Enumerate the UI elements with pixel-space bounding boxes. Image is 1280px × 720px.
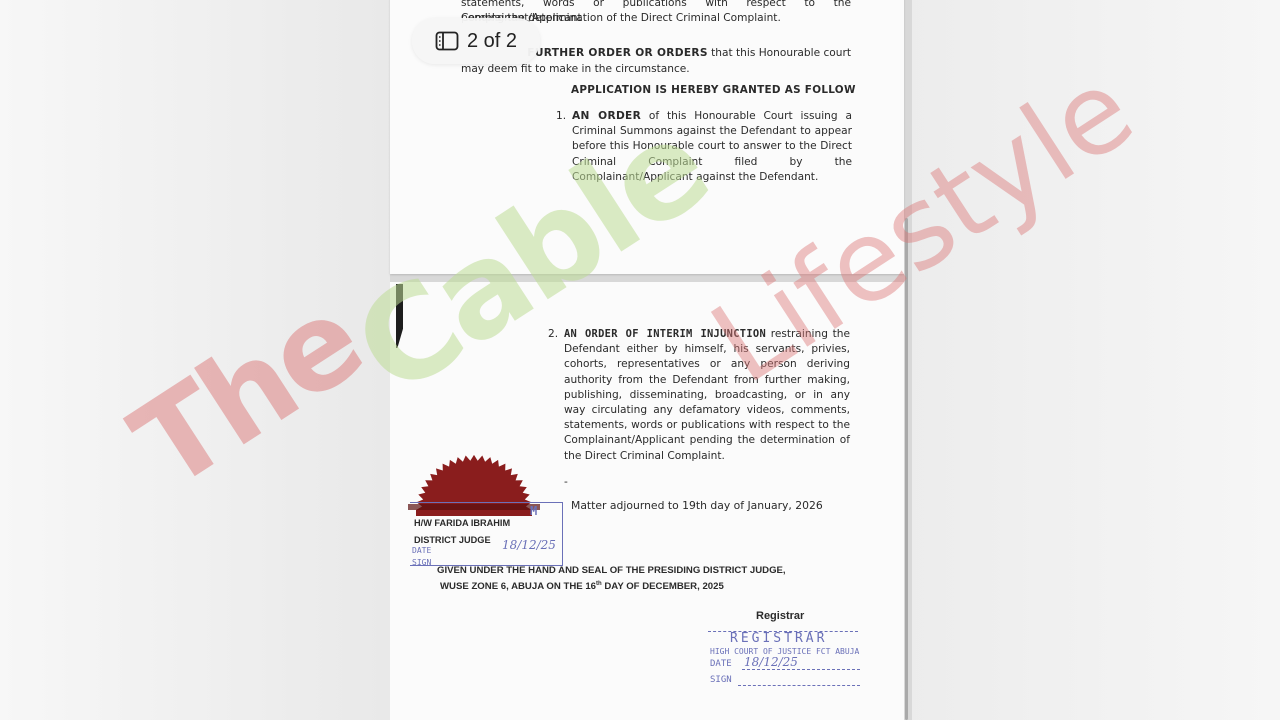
- judge-name: H/W FARIDA IBRAHIM: [414, 518, 510, 528]
- document-page-2: 2. AN ORDER OF INTERIM INJUNCTION restra…: [390, 282, 904, 720]
- page-indicator-label: 2 of 2: [467, 30, 517, 53]
- judge-stamp-date-label: DATE: [412, 546, 431, 555]
- further-order-bold: FURTHER ORDER OR ORDERS: [527, 47, 707, 59]
- judge-stamp-date: 18/12/25: [502, 538, 556, 552]
- adjourned-text: Matter adjourned to 19th day of January,…: [571, 498, 823, 513]
- judge-stamp-sign-label: SIGN: [412, 558, 431, 567]
- order2-text: restraining the Defendant either by hims…: [564, 328, 850, 462]
- order1-bold: AN ORDER: [572, 110, 641, 122]
- order1-paragraph: AN ORDER of this Honourable Court issuin…: [572, 109, 852, 185]
- scan-edge-artifact: [396, 284, 403, 348]
- order2-number: 2.: [548, 327, 558, 342]
- reg-stamp-sign-label: SIGN: [710, 675, 732, 685]
- judge-title: DISTRICT JUDGE: [414, 535, 491, 545]
- document-viewer[interactable]: statements, words or publications with r…: [390, 0, 912, 720]
- granted-heading: APPLICATION IS HEREBY GRANTED AS FOLLOW: [571, 83, 856, 98]
- registrar-label: Registrar: [756, 610, 804, 622]
- watermark-the: The: [110, 271, 384, 516]
- given-line-2: WUSE ZONE 6, ABUJA ON THE 16th DAY OF DE…: [440, 581, 724, 592]
- order1-number: 1.: [556, 109, 566, 124]
- page-indicator[interactable]: 2 of 2: [412, 18, 540, 64]
- registrar-stamp: REGISTRAR HIGH COURT OF JUSTICE FCT ABUJ…: [708, 625, 866, 689]
- given-line-2-b: DAY OF DECEMBER, 2025: [602, 581, 724, 592]
- further-order-rest: that this Honourable court: [708, 47, 851, 59]
- given-line-2-a: WUSE ZONE 6, ABUJA ON THE 16: [440, 581, 596, 592]
- vertical-scrollbar[interactable]: [905, 218, 908, 720]
- page-thumbnails-icon: [435, 31, 459, 51]
- further-order-line2: may deem fit to make in the circumstance…: [461, 62, 851, 77]
- judge-stamp-mark: M: [530, 504, 537, 518]
- order2-paragraph: AN ORDER OF INTERIM INJUNCTION restraini…: [564, 327, 850, 464]
- reg-stamp-title: REGISTRAR: [730, 631, 827, 646]
- reg-stamp-date: 18/12/25: [744, 655, 798, 669]
- given-line-1: GIVEN UNDER THE HAND AND SEAL OF THE PRE…: [437, 565, 786, 576]
- judge-stamp: [410, 502, 563, 566]
- order2-bold: AN ORDER OF INTERIM INJUNCTION: [564, 328, 766, 340]
- reg-stamp-date-label: DATE: [710, 659, 732, 669]
- dash: -: [564, 475, 568, 490]
